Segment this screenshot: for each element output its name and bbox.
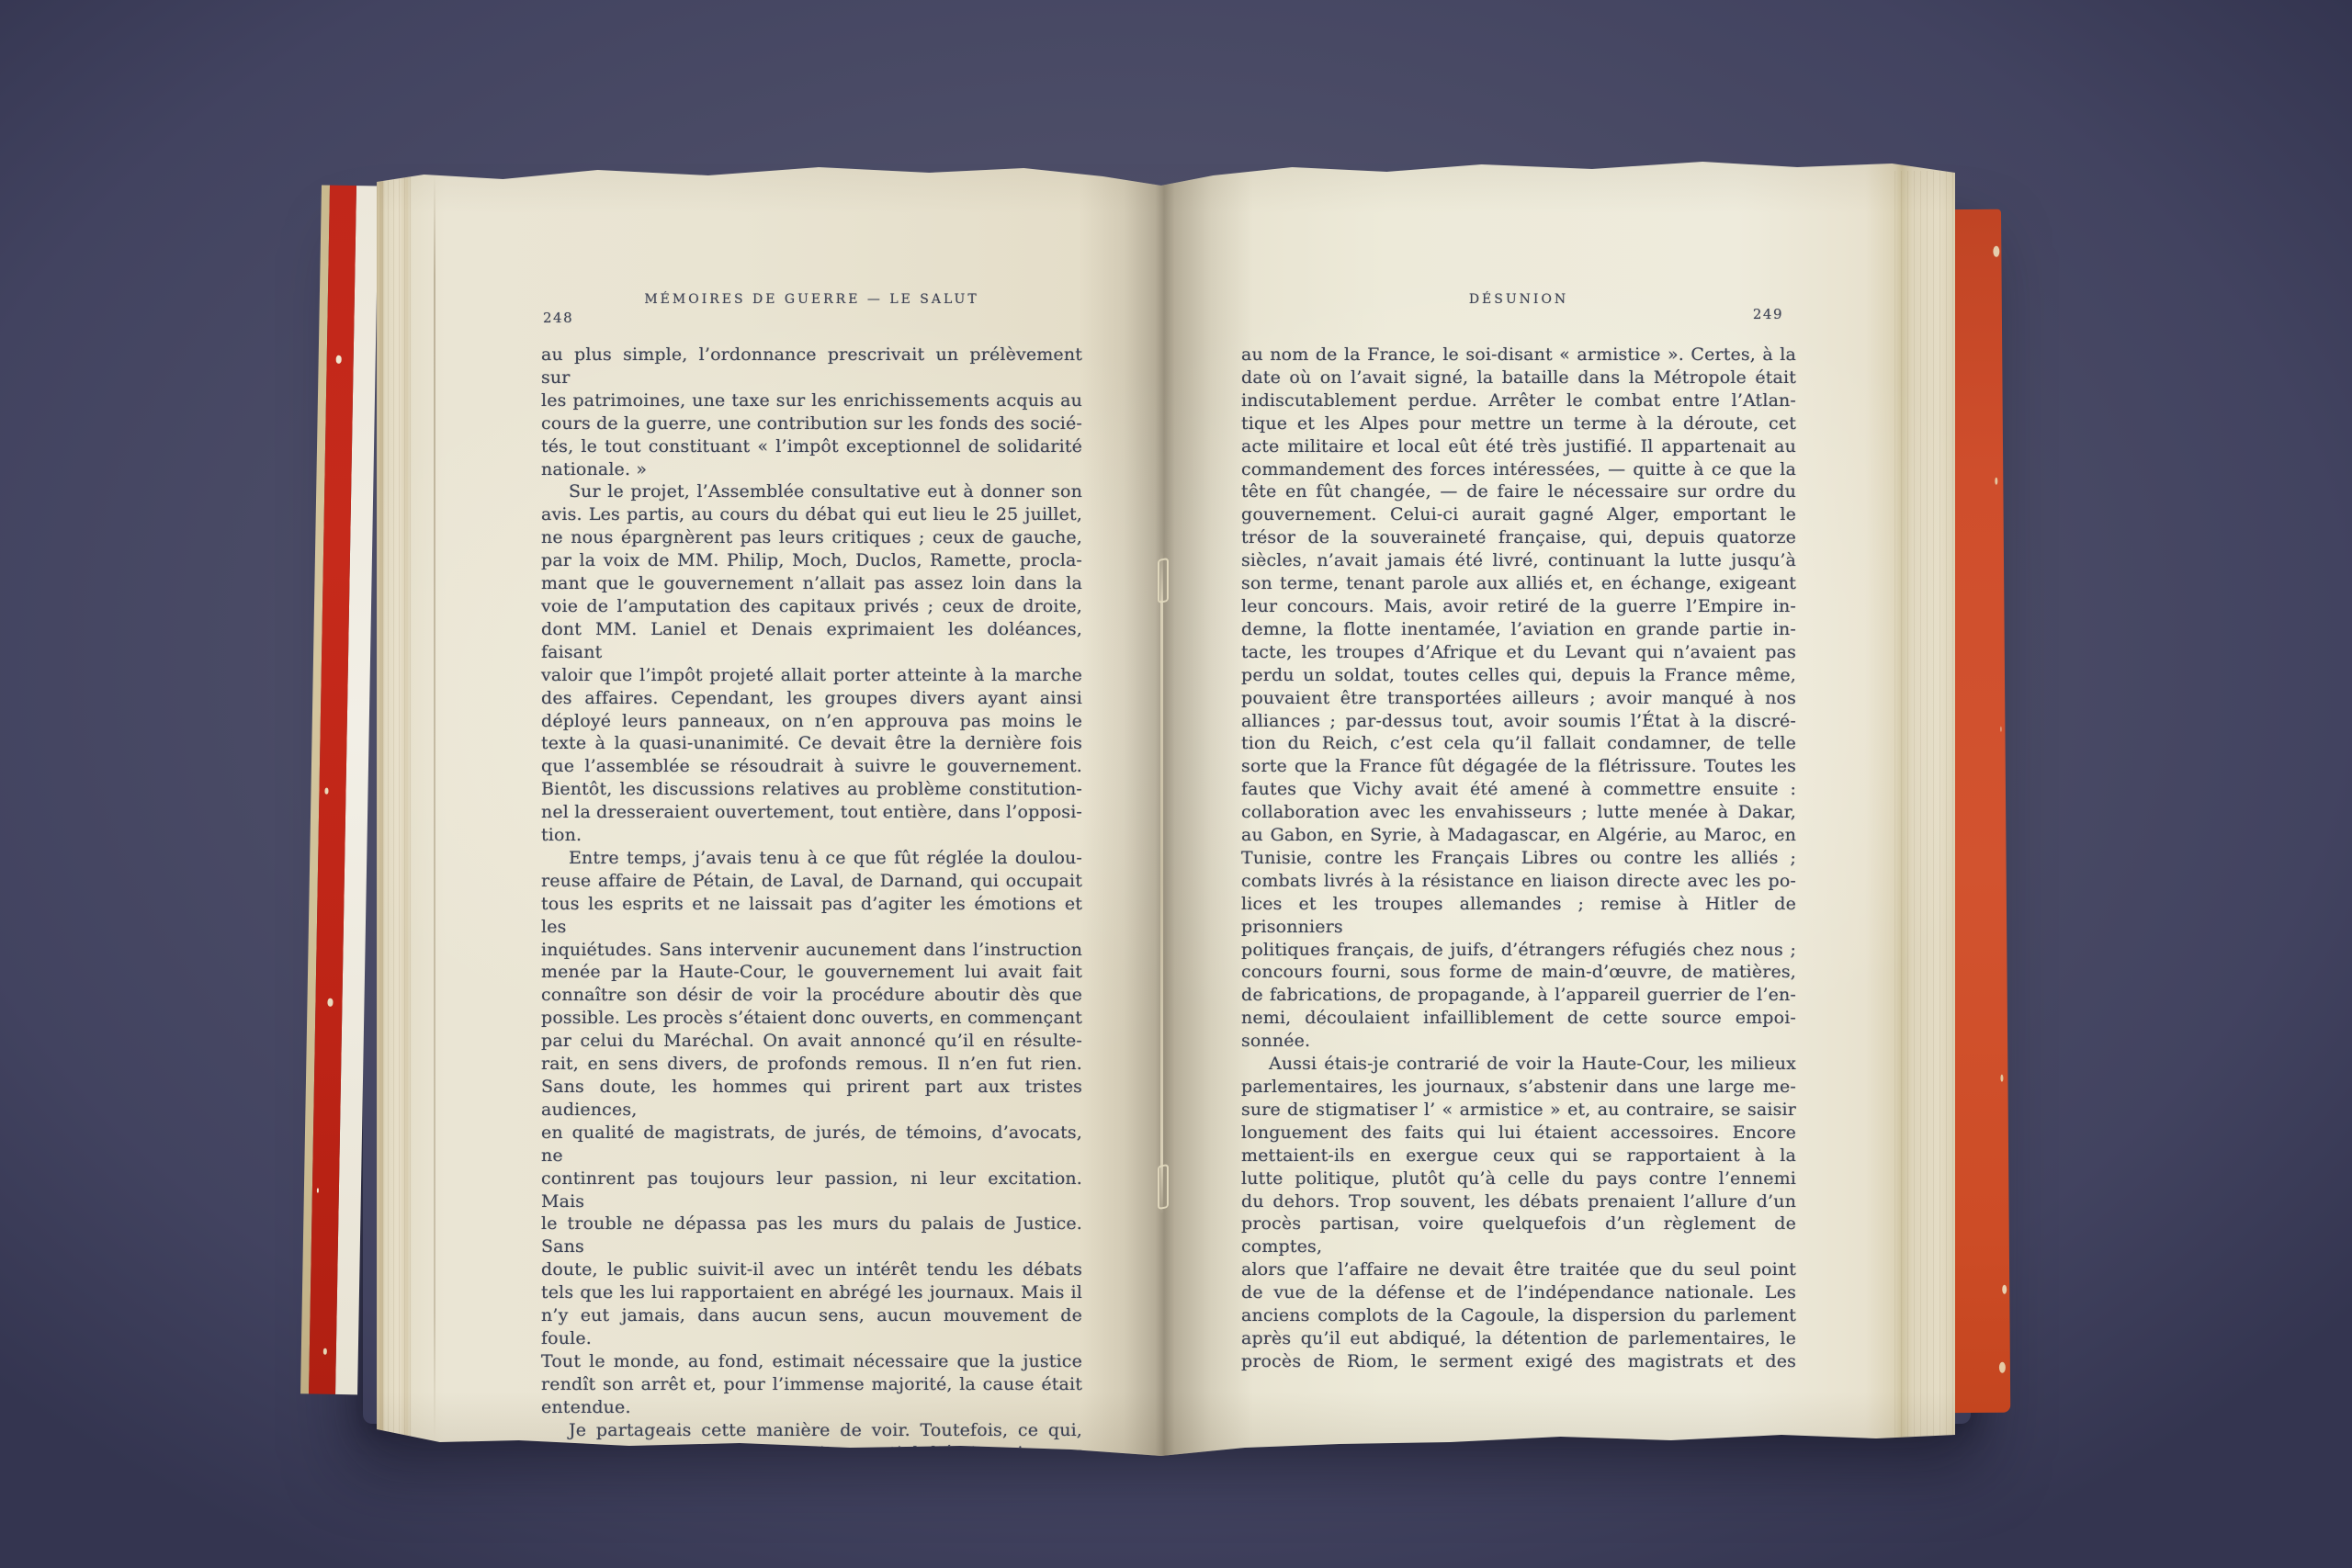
text-line: voie de l’amputation des capitaux privés…	[541, 595, 1082, 618]
text-line: alliances ; par-dessus tout, avoir soumi…	[1241, 710, 1796, 733]
text-line: nel la dresseraient ouvertement, tout en…	[541, 801, 1082, 824]
text-line: sorte que la France fût dégagée de la fl…	[1241, 755, 1796, 778]
left-fore-edge-pages	[377, 167, 415, 1446]
text-line: lices et les troupes allemandes ; remise…	[1241, 893, 1796, 939]
text-line: siècles, n’avait jamais été livré, conti…	[1241, 549, 1796, 572]
text-line: au Gabon, en Syrie, à Madagascar, en Alg…	[1241, 824, 1796, 847]
text-line: Tunisie, contre les Français Libres ou c…	[1241, 847, 1796, 870]
text-line: yeux de beaucoup. Pour moi, la faute cap…	[541, 1464, 1082, 1487]
book-gutter	[1079, 158, 1253, 1456]
right-page-text: au nom de la France, le soi-disant « arm…	[1241, 344, 1796, 1373]
open-pages: 248 MÉMOIRES DE GUERRE — LE SALUT au plu…	[377, 158, 1955, 1456]
text-line: de fabrications, de propagande, à l’appa…	[1241, 984, 1796, 1007]
right-page: 249 DÉSUNION au nom de la France, le soi…	[1241, 292, 1796, 1373]
underlying-page-edge	[434, 175, 435, 1440]
text-line: tion.	[541, 824, 1082, 847]
text-line: perdu un soldat, toutes celles qui, depu…	[1241, 664, 1796, 687]
text-line: mant que le gouvernement n’allait pas as…	[541, 572, 1082, 595]
text-line: Bientôt, les discussions relatives au pr…	[541, 778, 1082, 801]
text-line: doute, le public suivit-il avec un intér…	[541, 1258, 1082, 1281]
text-line: mettaient-ils en exergue ceux qui se rap…	[1241, 1145, 1796, 1168]
book: 248 MÉMOIRES DE GUERRE — LE SALUT au plu…	[0, 0, 2352, 1568]
text-line: Tout le monde, au fond, estimait nécessa…	[541, 1350, 1082, 1373]
left-page-text: au plus simple, l’ordonnance prescrivait…	[541, 344, 1082, 1510]
text-line: demne, la flotte inentamée, l’aviation e…	[1241, 618, 1796, 641]
text-line: rendît son arrêt et, pour l’immense majo…	[541, 1373, 1082, 1396]
text-line: tés, le tout constituant « l’impôt excep…	[541, 435, 1082, 458]
text-line: son terme, tenant parole aux alliés et, …	[1241, 572, 1796, 595]
running-header-left: MÉMOIRES DE GUERRE — LE SALUT	[541, 292, 1082, 312]
text-line: dont MM. Laniel et Denais exprimaient le…	[541, 618, 1082, 664]
text-line: ne nous épargnèrent pas leurs critiques …	[541, 526, 1082, 549]
text-line: sonnée.	[1241, 1030, 1796, 1053]
text-line: inquiétudes. Sans intervenir aucunement …	[541, 939, 1082, 962]
text-line: déployé leurs panneaux, on n’en approuva…	[541, 710, 1082, 733]
text-line: procès de Riom, le serment exigé des mag…	[1241, 1350, 1796, 1373]
text-line: acte militaire et local eût été très jus…	[1241, 435, 1796, 458]
text-line: valoir que l’impôt projeté allait porter…	[541, 664, 1082, 687]
text-line: concours fourni, sous forme de main-d’œu…	[1241, 961, 1796, 984]
text-line: cours de la guerre, une contribution sur…	[541, 412, 1082, 435]
text-line: trésor de la souveraineté française, qui…	[1241, 526, 1796, 549]
text-line: des affaires. Cependant, les groupes div…	[541, 687, 1082, 710]
text-line: tion du Reich, c’est cela qu’il fallait …	[1241, 732, 1796, 755]
text-line: Sur le projet, l’Assemblée consultative …	[541, 480, 1082, 503]
text-line: avis. Les partis, au cours du débat qui …	[541, 503, 1082, 526]
text-line: politiques français, de juifs, d’étrange…	[1241, 939, 1796, 962]
text-line: de vue de la défense et de l’indépendanc…	[1241, 1281, 1796, 1304]
text-line: anciens complots de la Cagoule, la dispe…	[1241, 1304, 1796, 1327]
text-line: menée par la Haute-Cour, le gouvernement…	[541, 961, 1082, 984]
text-line: du dehors. Trop souvent, les débats pren…	[1241, 1190, 1796, 1213]
text-line: par la voix de MM. Philip, Moch, Duclos,…	[541, 549, 1082, 572]
text-line: Entre temps, j’avais tenu à ce que fût r…	[541, 847, 1082, 870]
text-line: n’y eut jamais, dans aucun sens, aucun m…	[541, 1304, 1082, 1350]
text-line: texte à la quasi-unanimité. Ce devait êt…	[541, 732, 1082, 755]
text-line: parlementaires, les journaux, s’abstenir…	[1241, 1076, 1796, 1099]
text-line: leur concours. Mais, avoir retiré de la …	[1241, 595, 1796, 618]
text-line: nationale. »	[541, 458, 1082, 481]
text-line: tous les esprits et ne laissait pas d’ag…	[541, 893, 1082, 939]
text-line: sure de stigmatiser l’ « armistice » et,…	[1241, 1099, 1796, 1122]
text-line: tique et les Alpes pour mettre un terme …	[1241, 412, 1796, 435]
text-line: au nom de la France, le soi-disant « arm…	[1241, 344, 1796, 367]
text-line: gouvernement. Celui-ci aurait gagné Alge…	[1241, 503, 1796, 526]
text-line: lutte politique, plutôt qu’à celle du pa…	[1241, 1168, 1796, 1190]
text-line: possible. Les procès s’étaient donc ouve…	[541, 1007, 1082, 1030]
text-line: continrent pas toujours leur passion, ni…	[541, 1168, 1082, 1213]
text-line: Je partageais cette manière de voir. Tou…	[541, 1419, 1082, 1442]
text-line: indiscutablement perdue. Arrêter le comb…	[1241, 389, 1796, 412]
text-line: commandement des forces intéressées, — q…	[1241, 458, 1796, 481]
text-line: fautes que Vichy avait été amené à comme…	[1241, 778, 1796, 801]
text-line: connaître son désir de voir la procédure…	[541, 984, 1082, 1007]
text-line: au plus simple, l’ordonnance prescrivait…	[541, 344, 1082, 389]
text-line: tacte, les troupes d’Afrique et du Levan…	[1241, 641, 1796, 664]
text-line: Aussi étais-je contrarié de voir la Haut…	[1241, 1053, 1796, 1076]
text-line: entendue.	[541, 1396, 1082, 1419]
text-line: en qualité de magistrats, de jurés, de t…	[541, 1122, 1082, 1168]
running-header-right: DÉSUNION	[1241, 292, 1796, 312]
left-page: 248 MÉMOIRES DE GUERRE — LE SALUT au plu…	[541, 292, 1082, 1510]
binding-thread	[1160, 551, 1163, 1214]
text-line: reuse affaire de Pétain, de Laval, de Da…	[541, 870, 1082, 893]
text-line: que l’assemblée se résoudrait à suivre l…	[541, 755, 1082, 778]
text-line: tête en fût changée, — de faire le néces…	[1241, 480, 1796, 503]
text-line: pouvaient être transportées ailleurs ; a…	[1241, 687, 1796, 710]
text-line: tels que les lui rapportaient en abrégé …	[541, 1281, 1082, 1304]
text-line: par celui du Maréchal. On avait annoncé …	[541, 1030, 1082, 1053]
right-fore-edge-pages	[1894, 171, 1955, 1444]
text-line: nemi, découlaient infailliblement de cet…	[1241, 1007, 1796, 1030]
photo-open-book: 248 MÉMOIRES DE GUERRE — LE SALUT au plu…	[0, 0, 2352, 1568]
text-line: les patrimoines, une taxe sur les enrich…	[541, 389, 1082, 412]
text-line: longuement des faits qui lui étaient acc…	[1241, 1122, 1796, 1145]
text-line: combats livrés à la résistance en liaiso…	[1241, 870, 1796, 893]
text-line: date où on l’avait signé, la bataille da…	[1241, 367, 1796, 389]
text-line: le trouble ne dépassa pas les murs du pa…	[541, 1213, 1082, 1258]
text-line: rait, en sens divers, de profonds remous…	[541, 1053, 1082, 1076]
text-line: procès partisan, voire quelquefois d’un …	[1241, 1213, 1796, 1258]
text-line: collaboration avec les envahisseurs ; lu…	[1241, 801, 1796, 824]
text-line: après qu’il eut abdiqué, la détention de…	[1241, 1327, 1796, 1350]
text-line: Sans doute, les hommes qui prirent part …	[541, 1076, 1082, 1122]
text-line: dans l’accusation, me paraissait essenti…	[541, 1442, 1082, 1465]
text-line: alors que l’affaire ne devait être trait…	[1241, 1258, 1796, 1281]
text-line: de son gouvernement c’était d’avoir conc…	[541, 1487, 1082, 1510]
